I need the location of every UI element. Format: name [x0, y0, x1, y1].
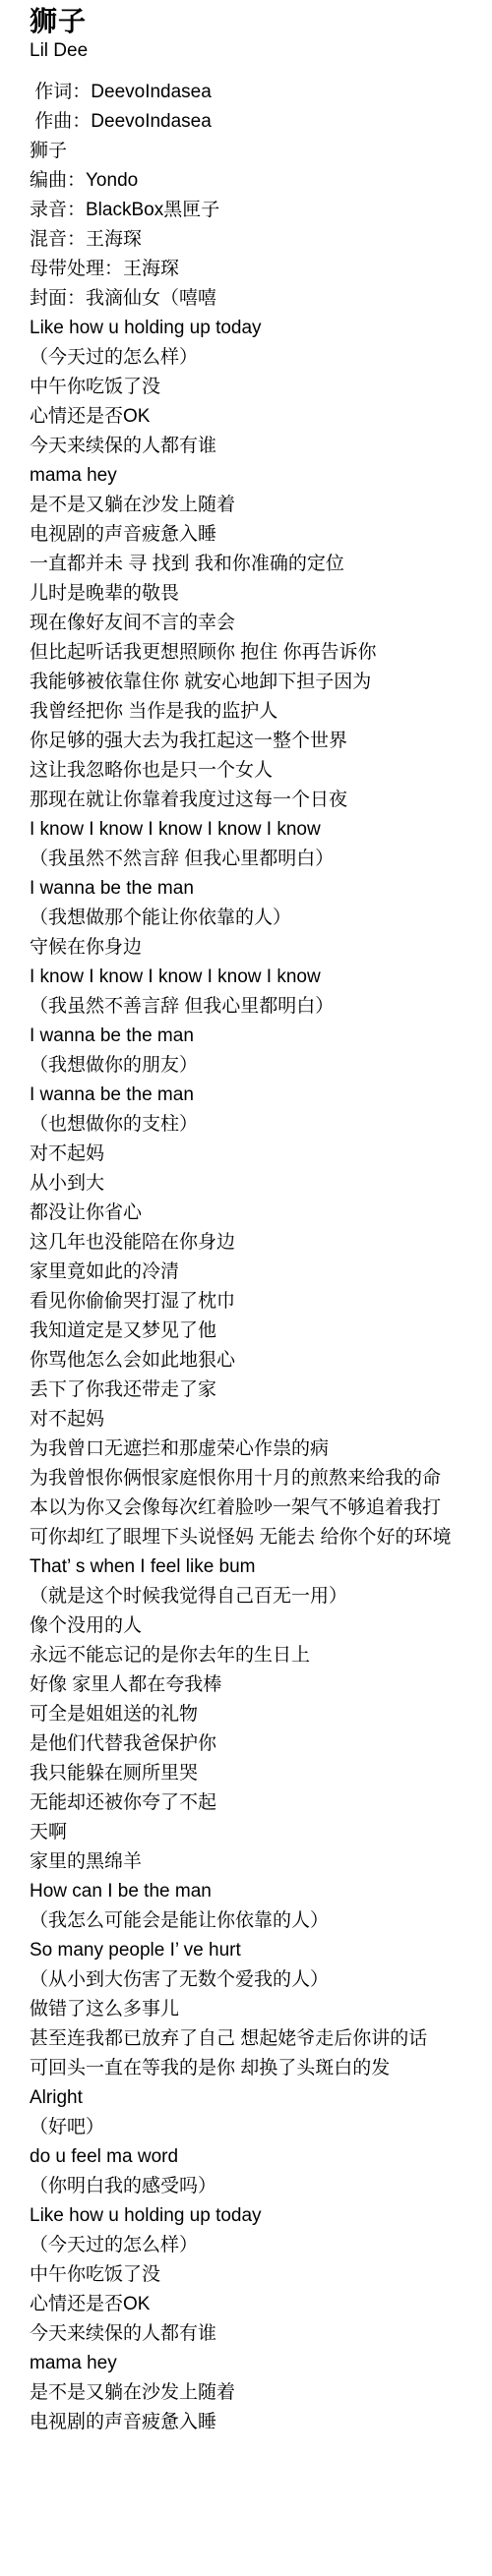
lyric-line: 狮子: [30, 137, 486, 166]
lyric-line: 对不起妈: [30, 1140, 486, 1169]
lyric-line: 可全是姐姐送的礼物: [30, 1700, 486, 1729]
lyric-line: 无能却还被你夸了不起: [30, 1788, 486, 1818]
lyric-line: 我只能躲在厕所里哭: [30, 1759, 486, 1788]
lyric-line: （从小到大伤害了无数个爱我的人）: [30, 1965, 486, 1995]
lyric-line: 为我曾恨你俩恨家庭恨你用十月的煎熬来给我的命: [30, 1464, 486, 1493]
lyric-line: mama hey: [30, 2349, 486, 2378]
lyric-line: （也想做你的支柱）: [30, 1110, 486, 1140]
lyric-line: 但比起听话我更想照顾你 抱住 你再告诉你: [30, 638, 486, 668]
lyric-line: I know I know I know I know I know: [30, 963, 486, 992]
lyric-line: 天啊: [30, 1818, 486, 1847]
lyric-line: 是他们代替我爸保护你: [30, 1729, 486, 1759]
lyric-line: Alright: [30, 2083, 486, 2113]
lyric-line: 甚至连我都已放弃了自己 想起姥爷走后你讲的话: [30, 2024, 486, 2054]
lyric-line: 今天来续保的人都有谁: [30, 432, 486, 461]
lyric-line: 中午你吃饭了没: [30, 2260, 486, 2290]
lyric-line: 一直都并未 寻 找到 我和你准确的定位: [30, 550, 486, 579]
lyric-line: 那现在就让你靠着我度过这每一个日夜: [30, 786, 486, 815]
lyric-line: 作词：DeevoIndasea: [30, 78, 486, 107]
lyric-line: do u feel ma word: [30, 2142, 486, 2172]
lyric-line: 心情还是否OK: [30, 402, 486, 432]
lyric-line: 像个没用的人: [30, 1611, 486, 1641]
lyric-line: So many people I’ ve hurt: [30, 1936, 486, 1965]
lyric-line: 这几年也没能陪在你身边: [30, 1228, 486, 1258]
lyric-line: 我曾经把你 当作是我的监护人: [30, 697, 486, 727]
lyric-line: 母带处理：王海琛: [30, 255, 486, 284]
lyric-line: 录音：BlackBox黑匣子: [30, 196, 486, 225]
lyric-line: 电视剧的声音疲惫入睡: [30, 520, 486, 550]
lyric-line: （就是这个时候我觉得自己百无一用）: [30, 1582, 486, 1611]
lyric-line: I know I know I know I know I know: [30, 815, 486, 845]
artist-name: Lil Dee: [30, 39, 486, 63]
lyric-line: （我想做你的朋友）: [30, 1051, 486, 1081]
lyric-line: （好吧）: [30, 2113, 486, 2142]
lyric-line: 作曲：DeevoIndasea: [30, 107, 486, 137]
lyric-line: （我虽然不然言辞 但我心里都明白）: [30, 845, 486, 874]
lyric-line: 从小到大: [30, 1169, 486, 1199]
lyric-line: 永远不能忘记的是你去年的生日上: [30, 1641, 486, 1670]
lyric-line: 心情还是否OK: [30, 2290, 486, 2319]
lyric-line: 我知道定是又梦见了他: [30, 1317, 486, 1346]
lyrics-page: 狮子 Lil Dee 作词：DeevoIndasea 作曲：DeevoIndas…: [0, 0, 492, 2437]
lyric-line: （我怎么可能会是能让你依靠的人）: [30, 1906, 486, 1936]
lyric-line: （今天过的怎么样）: [30, 343, 486, 373]
lyric-line: 今天来续保的人都有谁: [30, 2319, 486, 2349]
lyric-line: 混音：王海琛: [30, 225, 486, 255]
lyric-line: 封面：我滴仙女（嘻嘻: [30, 284, 486, 314]
lyric-line: 是不是又躺在沙发上随着: [30, 2378, 486, 2408]
lyric-line: （今天过的怎么样）: [30, 2231, 486, 2260]
lyric-line: 你骂他怎么会如此地狠心: [30, 1346, 486, 1376]
lyric-line: 电视剧的声音疲惫入睡: [30, 2408, 486, 2437]
lyric-line: 家里的黑绵羊: [30, 1847, 486, 1877]
page-title: 狮子: [30, 4, 486, 39]
lyric-line: 丢下了你我还带走了家: [30, 1376, 486, 1405]
lyric-line: 儿时是晚辈的敬畏: [30, 579, 486, 609]
lyric-line: 对不起妈: [30, 1405, 486, 1434]
lyric-line: 可你却红了眼埋下头说怪妈 无能去 给你个好的环境: [30, 1523, 486, 1552]
lyric-line: 这让我忽略你也是只一个女人: [30, 756, 486, 786]
lyric-line: 守候在你身边: [30, 933, 486, 963]
lyric-line: 你足够的强大去为我扛起这一整个世界: [30, 727, 486, 756]
lyric-line: That’ s when I feel like bum: [30, 1552, 486, 1582]
lyric-line: I wanna be the man: [30, 1081, 486, 1110]
lyrics: 作词：DeevoIndasea 作曲：DeevoIndasea狮子编曲：Yond…: [30, 78, 486, 2437]
lyric-line: （我想做那个能让你依靠的人）: [30, 904, 486, 933]
lyric-line: mama hey: [30, 461, 486, 491]
lyric-line: Like how u holding up today: [30, 2201, 486, 2231]
lyric-line: 好像 家里人都在夸我棒: [30, 1670, 486, 1700]
lyric-line: 是不是又躺在沙发上随着: [30, 491, 486, 520]
lyric-line: 家里竟如此的冷清: [30, 1258, 486, 1287]
lyric-line: I wanna be the man: [30, 1022, 486, 1051]
lyric-line: 都没让你省心: [30, 1199, 486, 1228]
lyric-line: 看见你偷偷哭打湿了枕巾: [30, 1287, 486, 1317]
lyric-line: 本以为你又会像每次红着脸吵一架气不够追着我打: [30, 1493, 486, 1523]
lyric-line: （我虽然不善言辞 但我心里都明白）: [30, 992, 486, 1022]
lyric-line: Like how u holding up today: [30, 314, 486, 343]
lyric-line: 编曲：Yondo: [30, 166, 486, 196]
lyric-line: How can I be the man: [30, 1877, 486, 1906]
lyric-line: 为我曾口无遮拦和那虚荣心作祟的病: [30, 1434, 486, 1464]
lyric-line: 我能够被依靠住你 就安心地卸下担子因为: [30, 668, 486, 697]
lyric-line: （你明白我的感受吗）: [30, 2172, 486, 2201]
lyric-line: 做错了这么多事儿: [30, 1995, 486, 2024]
lyric-line: I wanna be the man: [30, 874, 486, 904]
lyric-line: 现在像好友间不言的幸会: [30, 609, 486, 638]
lyric-line: 可回头一直在等我的是你 却换了头斑白的发: [30, 2054, 486, 2083]
lyric-line: 中午你吃饭了没: [30, 373, 486, 402]
